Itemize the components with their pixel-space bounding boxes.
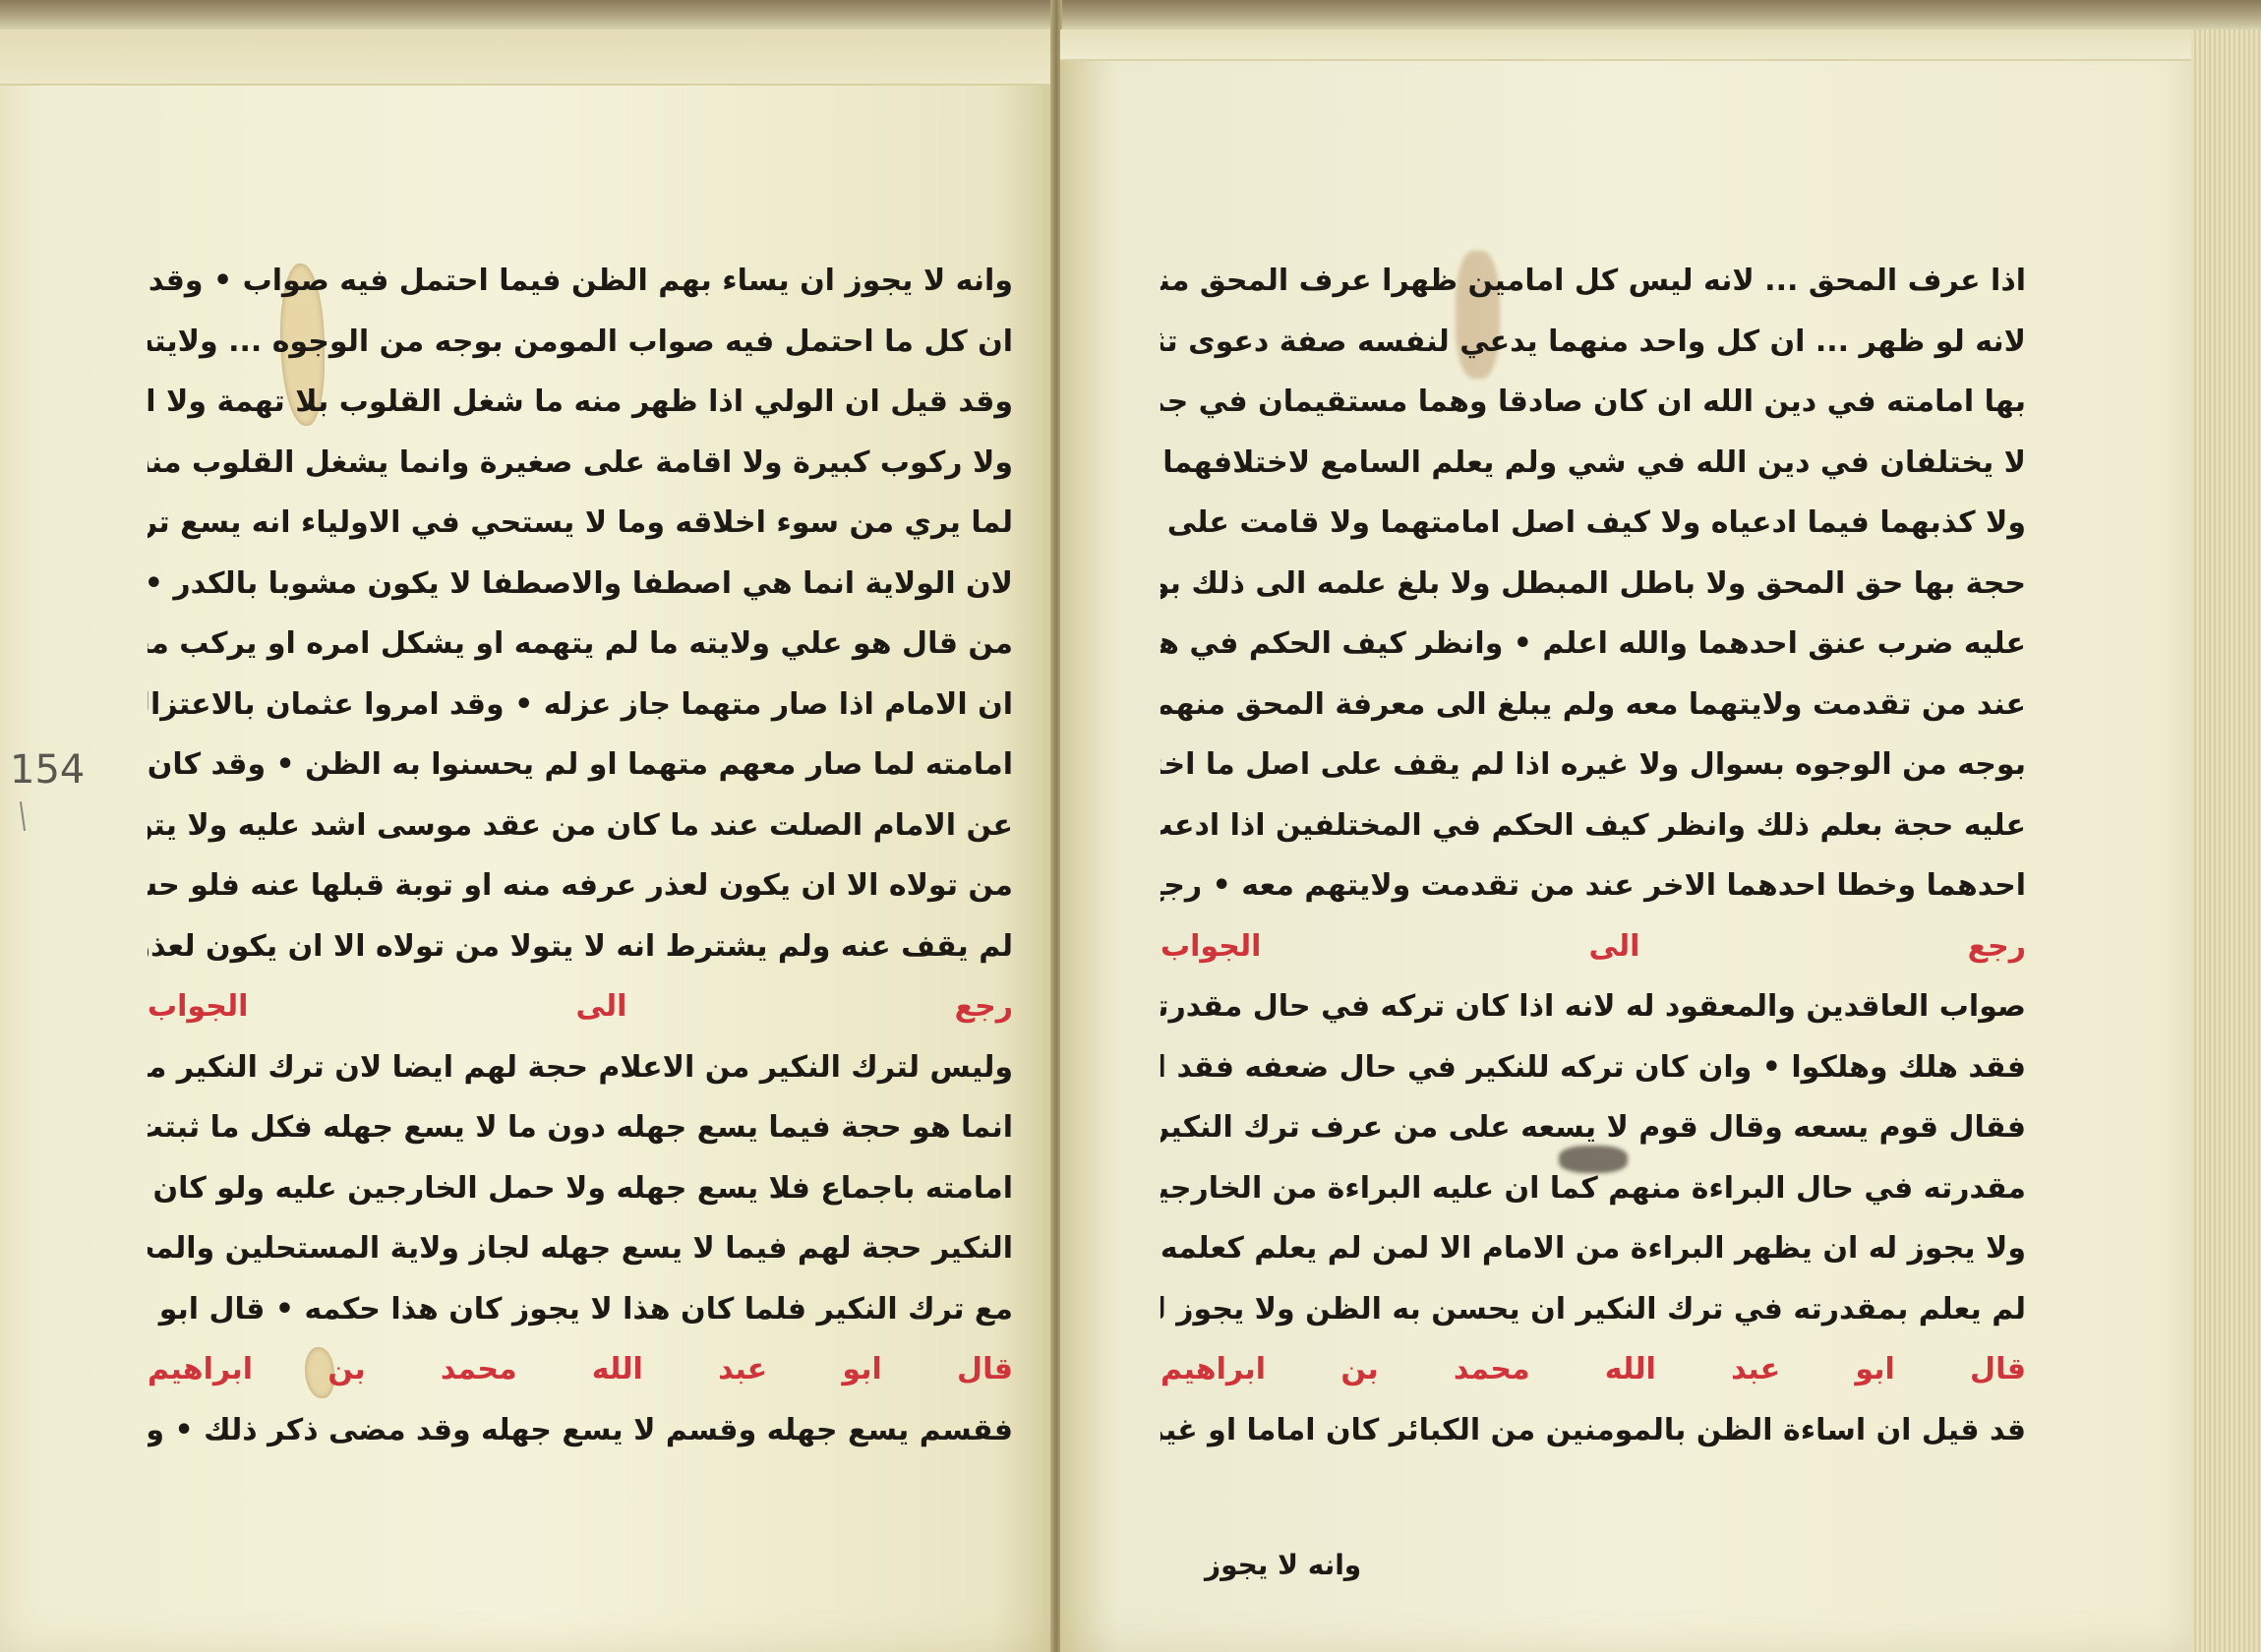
text-line: وليس لترك النكير من الاعلام حجة لهم ايضا…	[148, 1037, 1013, 1098]
text-line: من تولاه الا ان يكون لعذر عرفه منه او تو…	[148, 855, 1013, 916]
text-line: وقد قيل ان الولي اذا ظهر منه ما شغل القل…	[148, 372, 1013, 433]
text-line: انما هو حجة فيما يسع جهله دون ما لا يسع …	[148, 1097, 1013, 1158]
text-line: احدهما وخطا احدهما الاخر عند من تقدمت ول…	[1160, 855, 2026, 916]
right-page-top-fold	[1060, 29, 2191, 61]
text-line: وانه لا يجوز ان يساء بهم الظن فيما احتمل…	[148, 251, 1013, 312]
text-line: امامته لما صار معهم متهما او لم يحسنوا ب…	[148, 735, 1013, 796]
text-line: ان كل ما احتمل فيه صواب المومن بوجه من ا…	[148, 312, 1013, 373]
text-line: ولا كذبهما فيما ادعياه ولا كيف اصل امامت…	[1160, 493, 2026, 554]
binding-top-edge	[0, 0, 2261, 29]
text-line: لم يقف عنه ولم يشترط انه لا يتولا من تول…	[148, 916, 1013, 977]
text-line-with-rubric: رجع الى الجواب	[1160, 916, 2026, 977]
text-line: لان الولاية انما هي اصطفا والاصطفا لا يك…	[148, 554, 1013, 615]
text-line: بوجه من الوجوه بسوال ولا غيره اذا لم يقف…	[1160, 735, 2026, 796]
text-line: امامته باجماع فلا يسع جهله ولا حمل الخار…	[148, 1158, 1013, 1219]
text-line: فقد هلك وهلكوا • وان كان تركه للنكير في …	[1160, 1037, 2026, 1098]
text-line: النكير حجة لهم فيما لا يسع جهله لجاز ولا…	[148, 1218, 1013, 1279]
text-line: ولا يجوز له ان يظهر البراءة من الامام ال…	[1160, 1218, 2026, 1279]
text-line: لم يعلم بمقدرته في ترك النكير ان يحسن به…	[1160, 1279, 2026, 1340]
text-line: حجة بها حق المحق ولا باطل المبطل ولا بلغ…	[1160, 554, 2026, 615]
text-line-with-rubric: رجع الى الجواب	[148, 976, 1013, 1037]
text-line: لما يري من سوء اخلاقه وما لا يستحي في ال…	[148, 493, 1013, 554]
text-line: مع ترك النكير فلما كان هذا لا يجوز كان ه…	[148, 1279, 1013, 1340]
text-line: ولا ركوب كبيرة ولا اقامة على صغيرة وانما…	[148, 433, 1013, 494]
text-line: من قال هو علي ولايته ما لم يتهمه او يشكل…	[148, 614, 1013, 675]
rubric-heading: رجع الى الجواب	[1160, 929, 2026, 964]
left-page-top-fold	[0, 29, 1054, 86]
rubric-heading: رجع الى الجواب	[148, 989, 1013, 1024]
text-line: اذا عرف المحق ... لانه ليس كل امامين ظهر…	[1160, 251, 2026, 312]
right-page-text: اذا عرف المحق ... لانه ليس كل امامين ظهر…	[1160, 251, 2026, 1460]
rubric-attribution: قال ابو عبد الله محمد بن ابراهيم	[1160, 1352, 2026, 1386]
text-line: لا يختلفان في دين الله في شي ولم يعلم ال…	[1160, 433, 2026, 494]
folio-number: 154	[10, 747, 85, 793]
text-line: بها امامته في دين الله ان كان صادقا وهما…	[1160, 372, 2026, 433]
text-line: لانه لو ظهر ... ان كل واحد منهما يدعي لن…	[1160, 312, 2026, 373]
text-line: قد قيل ان اساءة الظن بالمومنين من الكبائ…	[1160, 1400, 2026, 1461]
text-line: عن الامام الصلت عند ما كان من عقد موسى ا…	[148, 796, 1013, 856]
left-page-text: وانه لا يجوز ان يساء بهم الظن فيما احتمل…	[148, 251, 1013, 1460]
text-line-with-rubric: قال ابو عبد الله محمد بن ابراهيم	[148, 1339, 1013, 1400]
text-line: مقدرته في حال البراءة منهم كما ان عليه ا…	[1160, 1158, 2026, 1219]
page-edges-stack	[2191, 29, 2261, 1652]
text-line: فقسم يسع جهله وقسم لا يسع جهله وقد مضى ذ…	[148, 1400, 1013, 1461]
text-line-with-rubric: قال ابو عبد الله محمد بن ابراهيم	[1160, 1339, 2026, 1400]
text-line: ان الامام اذا صار متهما جاز عزله • وقد ا…	[148, 675, 1013, 736]
text-line: صواب العاقدين والمعقود له لانه اذا كان ت…	[1160, 976, 2026, 1037]
rubric-attribution: قال ابو عبد الله محمد بن ابراهيم	[148, 1352, 1013, 1386]
text-line: فقال قوم يسعه وقال قوم لا يسعه على من عر…	[1160, 1097, 2026, 1158]
text-line: عليه ضرب عنق احدهما والله اعلم • وانظر ك…	[1160, 614, 2026, 675]
catchword: وانه لا يجوز	[1205, 1549, 1361, 1581]
text-line: عند من تقدمت ولايتهما معه ولم يبلغ الى م…	[1160, 675, 2026, 736]
text-line: عليه حجة بعلم ذلك وانظر كيف الحكم في الم…	[1160, 796, 2026, 856]
